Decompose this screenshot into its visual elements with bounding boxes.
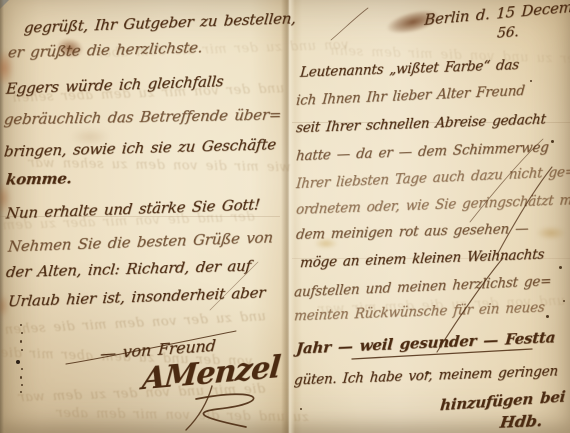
handwriting-line: güten. Ich habe vor, meinem geringen <box>293 363 558 388</box>
bleedthrough-line: zu und der die von mir dem aber <box>56 406 309 425</box>
handwriting-line: hatte — da er — dem Schimmerweg <box>295 140 549 165</box>
handwriting-line: möge an einem kleinen Weihnachts <box>299 247 544 272</box>
handwriting-line: Leutenannts „wißtet Farbe“ das <box>299 57 519 81</box>
handwriting-line: der Alten, incl: Richard, der auf <box>5 257 252 281</box>
place-date-line: Berlin d. 15 Decemb <box>424 0 570 29</box>
handwriting-line: Ihrer liebsten Tage auch dazu nicht ge= <box>296 164 570 192</box>
handwriting-line: dem meinigen rot aus gesehen — <box>295 221 529 243</box>
letter-scan: und der von mir zu dem aber sehen wie mi… <box>0 0 570 433</box>
handwriting-line: Jahr — weil gesunder — Festta <box>295 328 556 357</box>
initials-line: Hdb. <box>499 411 544 432</box>
paper-stain <box>536 226 566 240</box>
handwriting-line: seit Ihrer schnellen Abreise gedacht <box>295 112 546 137</box>
handwriting-line: ich Ihnen Ihr lieber Alter Freund <box>295 83 525 109</box>
postscript-line: hinzufügen bei <box>439 388 566 415</box>
handwriting-line: komme. <box>5 169 73 188</box>
handwriting-line: ordnetem oder, wie Sie geringschätzt mit <box>295 192 570 218</box>
handwriting-line: gegrüßt, Ihr Gutgeber zu bestellen, <box>23 9 296 37</box>
handwriting-line: Nehmen Sie die besten Grüße von <box>7 228 273 255</box>
date-year: 56. <box>496 24 519 42</box>
handwriting-line: bringen, sowie ich sie zu Geschäfte <box>3 135 277 160</box>
center-fold-crease <box>281 0 295 433</box>
ascender-stroke <box>331 8 368 40</box>
handwriting-line: Urlaub hier ist, insonderheit aber <box>7 283 266 310</box>
bleedthrough-line: und zu der von dem mir die sehen <box>4 309 266 338</box>
handwriting-line: gebräuchlich das Betreffende über= <box>3 106 282 129</box>
